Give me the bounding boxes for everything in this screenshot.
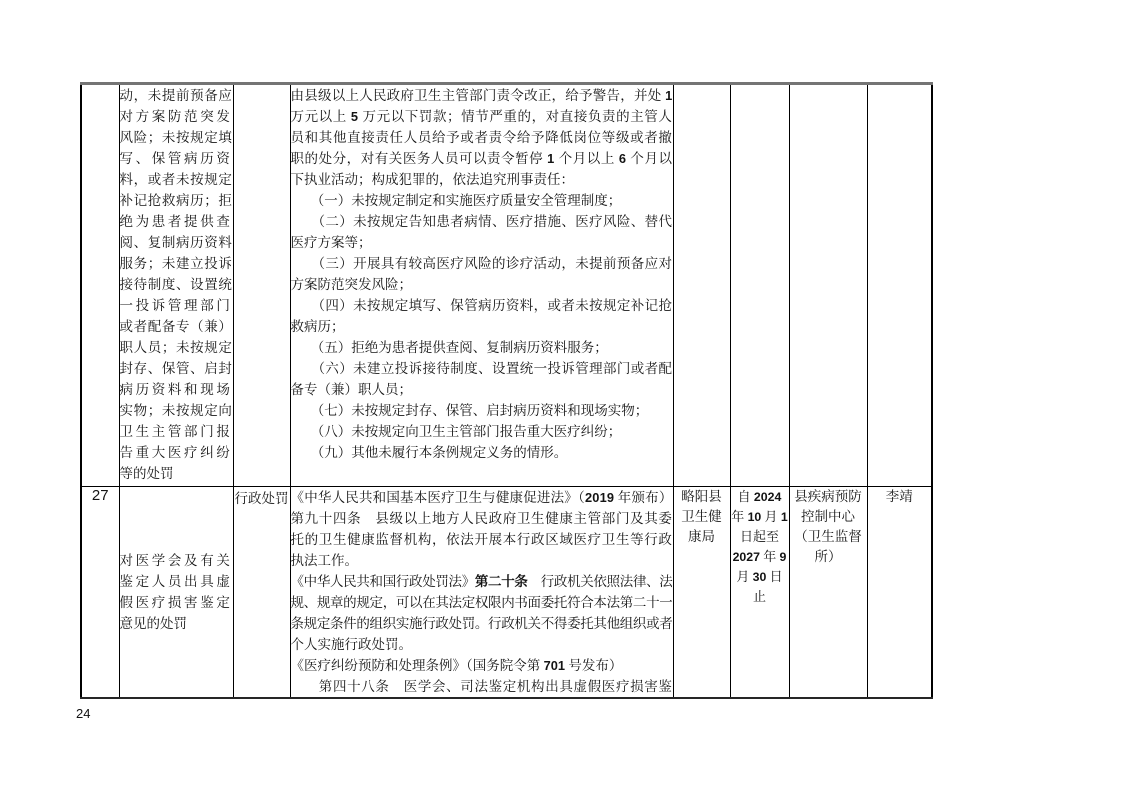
regulations-table: 动，未提前预备应对方案防范突发风险；未按规定填写、保管病历资料，或者未按规定补记… — [80, 82, 933, 699]
penalty-type-cell: 行政处罚 — [233, 487, 290, 699]
period-cell — [730, 84, 789, 487]
legal-basis-cell: 《中华人民共和国基本医疗卫生与健康促进法》（2019 年颁布）第九十四条 县级以… — [290, 487, 673, 699]
table-row: 27 对医学会及有关鉴定人员出具虚假医疗损害鉴定意见的处罚 行政处罚 《中华人民… — [81, 487, 932, 699]
penalty-type-cell — [233, 84, 290, 487]
table-row: 动，未提前预备应对方案防范突发风险；未按规定填写、保管病历资料，或者未按规定补记… — [81, 84, 932, 487]
contact-person-cell: 李靖 — [867, 487, 932, 699]
row-number-cell: 27 — [81, 487, 119, 699]
page-number: 24 — [76, 706, 90, 721]
implementing-org-cell: 县疾病预防 控制中心 （卫生监督 所） — [789, 487, 867, 699]
document-page: 动，未提前预备应对方案防范突发风险；未按规定填写、保管病历资料，或者未按规定补记… — [0, 0, 1122, 793]
item-name-cell: 对医学会及有关鉴定人员出具虚假医疗损害鉴定意见的处罚 — [119, 487, 233, 699]
legal-basis-cell: 由县级以上人民政府卫生主管部门责令改正，给予警告，并处 1万元以上 5 万元以下… — [290, 84, 673, 487]
agency-cell: 略阳县 卫生健 康局 — [673, 487, 730, 699]
contact-person-cell — [867, 84, 932, 487]
period-cell: 自 2024 年 10 月 1 日起至 2027 年 9 月 30 日 止 — [730, 487, 789, 699]
item-name-cell: 动，未提前预备应对方案防范突发风险；未按规定填写、保管病历资料，或者未按规定补记… — [119, 84, 233, 487]
row-number-cell — [81, 84, 119, 487]
implementing-org-cell — [789, 84, 867, 487]
agency-cell — [673, 84, 730, 487]
